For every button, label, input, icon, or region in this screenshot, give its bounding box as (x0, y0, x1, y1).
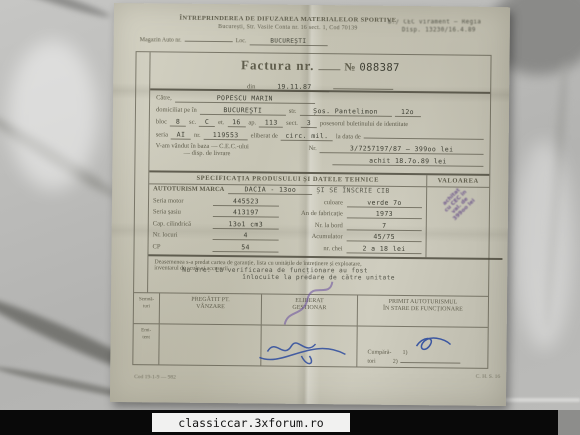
buyer-section: Către, POPESCU MARIN domiciliat pe în BU… (149, 90, 490, 174)
watermark-box: classiccar.3xforum.ro (152, 413, 350, 432)
header-line: VÂNZARE (160, 303, 261, 311)
nr-value: 119553 (204, 130, 248, 139)
eliberat-value: circ. mil. (281, 131, 333, 141)
str-label: str. (289, 108, 297, 115)
numero-symbol: № (344, 61, 355, 73)
account-line-1: B./ CEC virament — Regia (388, 19, 508, 27)
domiciliat-value: BUCUREȘTI (200, 106, 286, 116)
ap-value: 113 (259, 119, 283, 128)
form-box: Factura nr. № 088387 din 19.11.87 Către,… (132, 51, 491, 369)
marble-vein (543, 60, 570, 330)
photo-canvas: ÎNTREPRINDEREA DE DIFUZAREA MATERIALELOR… (0, 0, 580, 435)
spec-row-label: Cap. cilindrică (153, 220, 209, 228)
cumparatori-label-2: tori (367, 359, 375, 366)
watermark-bar: classiccar.3xforum.ro (0, 410, 580, 435)
title-section: Factura nr. № 088387 din 19.11.87 (150, 52, 490, 94)
domiciliat-label: domiciliat pe în (156, 107, 197, 114)
spec-row-value: 1973 (347, 209, 422, 219)
spec-row-label: Seria motor (153, 197, 209, 205)
spec-left-column: SPECIFICAȚIA PRODUSULUI ȘI DATELE TEHNIC… (148, 172, 427, 257)
ladata-label: la data de (336, 133, 361, 140)
loc-label: Loc. (236, 38, 247, 44)
spec-row-label: CP (153, 243, 209, 251)
spec-row-value: 413197 (213, 208, 279, 218)
buyer-name: POPESCU MARIN (175, 94, 315, 104)
gestionar-signature (257, 333, 353, 370)
corner-cell-semnaturi: Semnă- turi (134, 293, 160, 324)
blank-line (318, 69, 340, 70)
bloc-label: bloc (156, 119, 167, 126)
spec-row-label: An de fabricație (283, 210, 343, 218)
sect-value: 3 (301, 119, 317, 128)
buyer-signature (410, 334, 452, 354)
tile-joint (500, 398, 580, 402)
blank-line (364, 137, 484, 139)
spec-table: SPECIFICAȚIA PRODUSULUI ȘI DATELE TEHNIC… (148, 170, 489, 258)
bloc-value: 8 (170, 118, 186, 127)
guarantee-typed-2: înlocuite la predare de către unitate (182, 274, 482, 282)
cell-pregatit-signature (159, 324, 261, 365)
ap-label: ap. (248, 120, 256, 127)
cell-cumparatori: Cumpără- 1) tori 2) (357, 327, 487, 368)
spec-row-value: 54 (213, 242, 279, 252)
et-value: 16 (227, 119, 245, 128)
marble-vein (0, 0, 111, 21)
header-primit: PRIMIT AUTOTURISMUL ÎN STARE DE FUNCȚION… (358, 296, 488, 328)
spec-row-label: Acumulator (283, 233, 343, 241)
cec-number-value: 3/7257197/87 — 399oo lei (320, 144, 484, 155)
account-line-2: Disp. 13230/16.4.89 (388, 27, 508, 35)
cell-gestionar-signature (261, 326, 357, 367)
form-code-right: C. H. S. 16 (476, 374, 501, 380)
spec-row-value: 7 (347, 221, 422, 231)
din-label: din (247, 83, 255, 90)
guarantee-typed-overlay: Nu are. La verificarea de funcționare au… (182, 267, 482, 282)
spec-row-value: 45/75 (347, 232, 422, 242)
signatures-table: Semnă- turi PREGĂTIT PT. VÂNZARE ELIBERA… (133, 292, 488, 368)
sc-value: C (199, 118, 215, 127)
marca-label: AUTOTURISM MARCA (153, 185, 224, 193)
corner-label: tent (134, 334, 159, 341)
spec-row-label: nr. chei (283, 244, 343, 252)
blank-line (333, 88, 393, 90)
header-eliberat: ELIBERAT GESTIONAR (262, 295, 358, 327)
loc-value: BUCUREȘTI (249, 37, 327, 46)
corner-cell-emitent: Emi- tent (133, 324, 159, 364)
cumparator-one: 1) (402, 350, 407, 357)
spec-row-label: Seria șasiu (153, 208, 209, 216)
corner-label: turi (134, 303, 159, 310)
blank-line (185, 41, 233, 43)
spec-row-label: Nr. la bord (283, 221, 343, 229)
catre-label: Către, (156, 94, 172, 101)
buletin-label: posesorul buletinului de identitate (320, 120, 408, 128)
marca-value: DACIA - 13oo (228, 185, 312, 195)
header-line: ÎN STARE DE FUNCȚIONARE (358, 306, 488, 314)
invoice-number: 088387 (359, 62, 399, 74)
marble-highlight (8, 40, 98, 190)
nr-label: nr. (194, 131, 201, 138)
cec-rest-value: achit 18.7o.89 lei (332, 156, 483, 167)
magazin-label: Magazin Auto nr. (140, 37, 182, 43)
factura-label: Factura nr. (241, 57, 315, 73)
blank-line (401, 362, 461, 364)
str-value: Șos. Pantelimon (300, 107, 392, 117)
spec-row-value: 445523 (213, 196, 279, 206)
marble-highlight (514, 140, 574, 350)
invoice-paper: ÎNTREPRINDEREA DE DIFUZAREA MATERIALELOR… (110, 3, 510, 406)
magazin-line: Magazin Auto nr. Loc. BUCUREȘTI (140, 36, 395, 47)
header-pregatit: PREGĂTIT PT. VÂNZARE (160, 293, 262, 325)
cumparatori-label-1: Cumpără- (367, 350, 391, 357)
form-code-left: Cod 19-1-9 — 982 (134, 374, 176, 380)
account-block: B./ CEC virament — Regia Disp. 13230/16.… (388, 19, 508, 34)
spec-row-value: verde 7o (347, 198, 422, 208)
nr2-label: Nr. (309, 145, 317, 152)
spec-row-label: culoare (283, 198, 343, 206)
watermark-text: classiccar.3xforum.ro (178, 416, 323, 430)
seria-value: AI (171, 130, 191, 139)
spec-row-label: Nr. locuri (153, 231, 209, 239)
spec-row-value: 4 (213, 231, 279, 241)
bar-end-block (558, 410, 580, 435)
et-label: et. (218, 119, 224, 126)
seria-label: seria (156, 131, 168, 138)
spec-row-value: 2 a 18 lei (346, 244, 421, 254)
street-nr-value: 12o (394, 108, 420, 117)
guarantee-section: Deasemenea s-a predat cartea de garanție… (148, 254, 502, 296)
vandut-line-2: — disp. de livrare (155, 149, 305, 158)
sc-label: sc. (189, 119, 196, 126)
valoarea-column: VALOAREA achitat cu CEC în val. de 399oo… (426, 175, 489, 258)
marble-vein (0, 111, 120, 202)
cumparator-two: 2) (393, 359, 398, 366)
header-line: GESTIONAR (262, 305, 357, 313)
marca-note: ȘI SE ÎNSCRIE CIB (316, 186, 389, 195)
spec-row-value: 13o1 cm3 (213, 219, 279, 229)
sect-label: sect. (286, 120, 298, 127)
eliberat-label: eliberat de (251, 132, 278, 139)
